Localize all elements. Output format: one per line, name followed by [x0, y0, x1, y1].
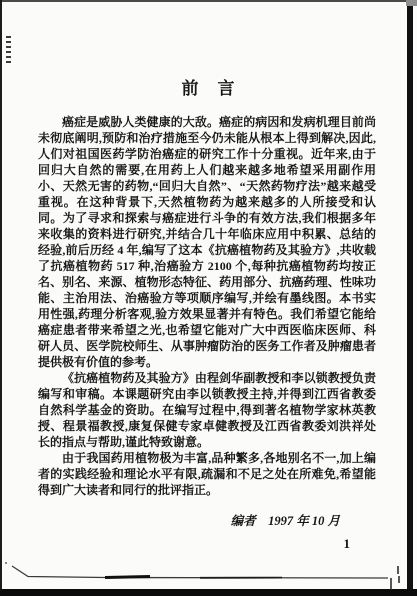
preface-paragraph-2: 《抗癌植物药及其验方》由程剑华副教授和李以锁教授负责编写和审稿。本课题研究由李以… — [38, 370, 376, 450]
page-curl-artifact — [0, 552, 417, 592]
spine-text-artifact — [6, 36, 11, 64]
preface-paragraph-1: 癌症是威胁人类健康的大敌。癌症的病因和发病机理目前尚未彻底阐明,预防和治疗措施至… — [38, 114, 376, 370]
scan-corner-artifact — [406, 0, 417, 6]
preface-paragraph-3: 由于我国药用植物极为丰富,品种繁多,各地别名不一,加上编者的实践经验和理论水平有… — [38, 450, 376, 498]
page-number: 1 — [38, 536, 376, 552]
preface-body: 癌症是威胁人类健康的大敌。癌症的病因和发病机理目前尚未彻底阐明,预防和治疗措施至… — [38, 114, 376, 552]
page-title: 前 言 — [0, 74, 417, 99]
author-date-line: 编者 1997 年 10 月 — [38, 513, 376, 529]
scanned-book-page: 前 言 癌症是威胁人类健康的大敌。癌症的病因和发病机理目前尚未彻底阐明,预防和治… — [0, 0, 417, 596]
scan-edge-top — [0, 0, 417, 2]
